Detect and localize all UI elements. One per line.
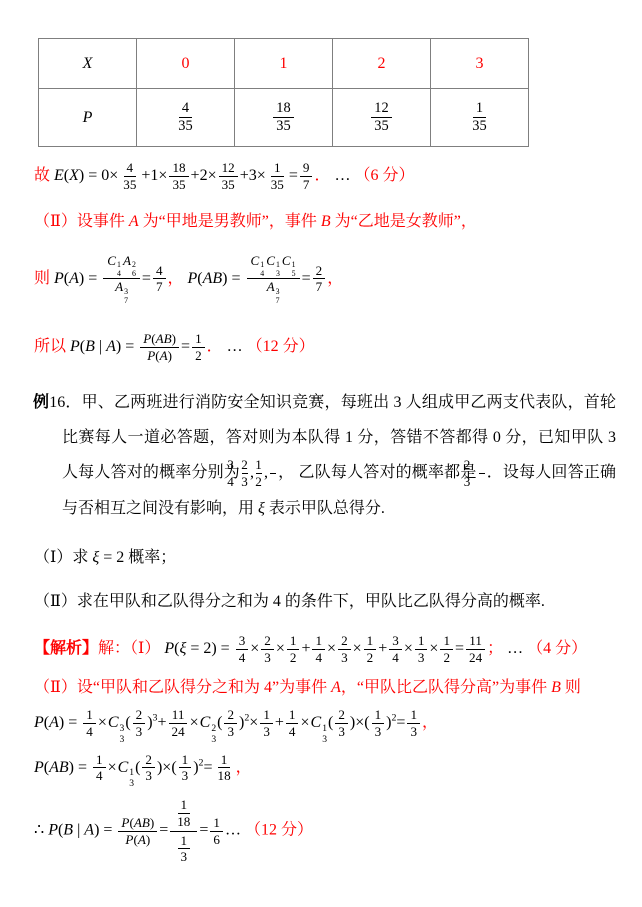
fraction-denominator: 3 <box>133 724 146 740</box>
text-run: = 2 概率； <box>99 549 176 566</box>
text-run: P <box>34 714 44 731</box>
text-run: ) = <box>69 759 91 776</box>
fraction-numerator: 2 <box>313 263 326 280</box>
fraction-numerator: P(AB) <box>118 815 157 832</box>
text-run: （12 分） <box>245 822 313 839</box>
fraction-denominator: 3 <box>178 849 191 865</box>
fraction-numerator: 2 <box>224 707 237 724</box>
fraction-numerator: 1 <box>473 100 486 118</box>
superscript: 2 <box>132 260 136 269</box>
text-run: ( <box>135 759 140 776</box>
fraction: 23 <box>133 707 146 740</box>
text-run: 为“乙地是女教师”， <box>331 213 477 230</box>
fraction: 13 <box>179 752 192 785</box>
text-run: ( <box>328 714 333 731</box>
fraction-numerator: 1 <box>312 633 325 650</box>
superscript: 1 <box>292 260 296 269</box>
fraction-denominator: 35 <box>469 118 489 135</box>
fraction-denominator: 3 <box>224 724 237 740</box>
fraction-numerator: 1 <box>218 752 231 769</box>
fraction-denominator: 35 <box>273 118 293 135</box>
text-run: ) <box>146 832 150 847</box>
fraction-denominator: 35 <box>169 177 188 193</box>
comb-base: C <box>266 253 275 268</box>
fraction: 12 <box>192 331 205 364</box>
text-run: ) = <box>59 714 81 731</box>
text-run: （Ⅱ）求在甲队和乙队得分之和为 4 的条件下，甲队比乙队得分高的概率. <box>34 593 545 610</box>
block-eq-ex: 故 E(X) = 0×435+1×1835+2×1235+3×135=97． …… <box>34 159 616 194</box>
fraction-denominator: 35 <box>175 118 195 135</box>
text-run: X <box>69 167 79 184</box>
text-run: × <box>276 640 285 657</box>
text-run: （Ⅱ）设事件 <box>34 213 129 230</box>
fraction-denominator: 7 <box>300 177 313 193</box>
text-run: ( <box>125 714 130 731</box>
fraction-numerator: 1 <box>178 833 191 850</box>
text-run: ) = <box>79 270 101 287</box>
text-run: × <box>98 714 107 731</box>
document-content: 故 E(X) = 0×435+1×1835+2×1235+3×135=97． …… <box>0 159 642 867</box>
table-header-p: P <box>39 89 137 147</box>
fraction: 23 <box>224 707 237 740</box>
fraction-denominator: 3 <box>179 768 192 784</box>
fraction-numerator: 1 <box>260 707 273 724</box>
text-run: ，“甲队比乙队得分高”为事件 <box>341 679 551 696</box>
text-run: + <box>157 714 166 731</box>
block-q2: （Ⅱ）求在甲队和乙队得分之和为 4 的条件下，甲队比乙队得分高的概率. <box>34 592 616 612</box>
comb-scripts: 14 <box>260 260 264 278</box>
text-run: , <box>250 464 254 481</box>
fraction-denominator: 7 <box>153 279 166 295</box>
fraction: 23 <box>479 457 485 490</box>
text-run: ． <box>314 167 330 184</box>
subscript: 7 <box>276 296 280 305</box>
table-cell-p-value: 1235 <box>333 89 431 147</box>
comb-scripts: 13 <box>276 260 280 278</box>
text-run: … <box>503 640 527 657</box>
subscript: 6 <box>132 269 136 278</box>
comb-base: C <box>118 759 129 776</box>
comb-symbol: C23 <box>200 713 216 744</box>
block-eq-pa2: P(A) = 14×C33(23)3+1124×C23(23)2×13+14×C… <box>34 706 616 744</box>
fraction: P(AB)P(A) <box>118 815 157 848</box>
text-run: A <box>84 822 94 839</box>
text-run: = <box>199 822 208 839</box>
text-run: A <box>106 338 116 355</box>
fraction: 135 <box>268 160 287 193</box>
fraction-numerator: 1 <box>287 633 300 650</box>
subscript: 3 <box>322 734 327 745</box>
text-run: P <box>164 640 174 657</box>
text-run: +3× <box>240 167 266 184</box>
fraction-denominator: 4 <box>312 650 325 666</box>
text-run: 则 <box>561 679 581 696</box>
fraction-denominator: P(A) <box>122 832 153 848</box>
fraction: 16 <box>210 815 223 848</box>
fraction: 1835 <box>169 160 188 193</box>
fraction: 34 <box>236 633 249 666</box>
text-run: 解：（Ⅰ） <box>98 640 164 657</box>
document-page: X0123P43518351235135 故 E(X) = 0×435+1×18… <box>0 0 642 907</box>
fraction: 97 <box>300 160 313 193</box>
fraction-denominator: 18 <box>215 768 234 784</box>
text-run: = <box>455 640 464 657</box>
subscript: 3 <box>120 734 125 745</box>
subscript: 7 <box>124 296 128 305</box>
text-run: ) <box>150 815 154 830</box>
text-run: B <box>63 822 73 839</box>
fraction-denominator: A37 <box>263 279 284 305</box>
text-run: （6 分） <box>354 167 414 184</box>
comb-symbol: A37 <box>267 279 280 305</box>
fraction-denominator: 2 <box>192 348 205 364</box>
comb-symbol: A37 <box>115 279 128 305</box>
fraction: 435 <box>175 100 195 136</box>
text-run: = <box>302 270 311 287</box>
block-sol-line1: 【解析】解：（Ⅰ） P(ξ = 2) = 34×23×12+14×23×12+3… <box>34 632 616 667</box>
fraction: 1124 <box>466 633 485 666</box>
text-run: 则 <box>34 270 54 287</box>
text-run: ， 乙队每人答对的概率都是 <box>278 464 477 481</box>
fraction-numerator: 1 <box>364 633 377 650</box>
subscript: 3 <box>276 269 280 278</box>
fraction: 34 <box>389 633 402 666</box>
fraction: 118 <box>215 752 234 785</box>
text-run: +1× <box>141 167 167 184</box>
fraction-numerator: P(AB) <box>140 331 179 348</box>
text-run: ) <box>172 331 176 346</box>
comb-symbol: C33 <box>108 713 124 744</box>
fraction-numerator: C14C13C15 <box>247 253 300 280</box>
fraction-numerator: 1 <box>271 160 284 177</box>
text-run: 所以 <box>34 338 70 355</box>
fraction-denominator: 3 <box>260 724 273 740</box>
table-cell-x-value: 1 <box>235 39 333 89</box>
comb-scripts: 26 <box>132 260 136 278</box>
text-run: P <box>188 270 198 287</box>
text-run: （4 分） <box>527 640 587 657</box>
text-run: AB <box>49 759 69 776</box>
comb-scripts: 37 <box>124 287 128 305</box>
fraction-numerator: 18 <box>169 160 188 177</box>
block-eq-pab2: P(AB) = 14×C13(23)×(13)2=118， <box>34 751 616 789</box>
fraction: 23 <box>335 707 348 740</box>
superscript: 3 <box>276 287 280 296</box>
text-run: × <box>429 640 438 657</box>
comb-symbol: C13 <box>311 713 327 744</box>
fraction: 118 <box>174 797 193 830</box>
fraction: 12 <box>440 633 453 666</box>
fraction-denominator: 4 <box>83 724 96 740</box>
fraction-denominator: 35 <box>371 118 391 135</box>
comb-symbol: C15 <box>282 253 296 279</box>
fraction: 13 <box>407 707 420 740</box>
fraction-numerator: 3 <box>389 633 402 650</box>
superscript: 3 <box>120 723 125 734</box>
comb-base: A <box>267 279 275 294</box>
block-part2-setup: （Ⅱ）设事件 A 为“甲地是男教师”，事件 B 为“乙地是女教师”， <box>34 212 616 232</box>
text-run: ξ <box>258 500 265 517</box>
fraction-numerator: 1 <box>83 707 96 724</box>
comb-symbol: A26 <box>123 253 136 279</box>
text-run: = <box>396 714 405 731</box>
text-run: A <box>69 270 79 287</box>
fraction: 23 <box>261 633 274 666</box>
fraction-denominator: 35 <box>268 177 287 193</box>
text-run: = <box>204 759 213 776</box>
text-run: （Ⅱ）设“甲队和乙队得分之和为 4”为事件 <box>34 679 331 696</box>
fraction: 1835 <box>273 100 293 136</box>
subscript: 3 <box>211 734 216 745</box>
text-run: A <box>49 714 59 731</box>
fraction-numerator: C14A26 <box>103 253 140 280</box>
block-sol-part2: （Ⅱ）设“甲队和乙队得分之和为 4”为事件 A，“甲队比乙队得分高”为事件 B … <box>34 678 616 698</box>
table-cell-p-value: 135 <box>431 89 529 147</box>
fraction-denominator: 2 <box>287 650 300 666</box>
text-run: , <box>264 464 268 481</box>
subscript: 4 <box>260 269 264 278</box>
comb-scripts: 13 <box>129 767 134 789</box>
text-run: 故 <box>34 167 54 184</box>
fraction-numerator: 1 <box>415 633 428 650</box>
text-run: 表示甲队总得分. <box>265 500 385 517</box>
text-run: × <box>404 640 413 657</box>
fraction-denominator: 35 <box>120 177 139 193</box>
text-run: ) = <box>116 338 138 355</box>
fraction-denominator: 2 <box>270 474 276 490</box>
fraction: 1124 <box>169 707 188 740</box>
text-run: )×( <box>350 714 370 731</box>
text-run: ， <box>168 270 184 287</box>
text-run: AB <box>156 331 172 346</box>
fraction-numerator: 1 <box>286 707 299 724</box>
text-run: ) = <box>94 822 116 839</box>
fraction-denominator: 3 <box>142 768 155 784</box>
superscript: 1 <box>260 260 264 269</box>
fraction-denominator: 3 <box>479 474 485 490</box>
block-q1: （Ⅰ）求 ξ = 2 概率； <box>34 548 616 568</box>
fraction: 14 <box>286 707 299 740</box>
table-cell-x-value: 2 <box>333 39 431 89</box>
superscript: 2 <box>211 723 216 734</box>
superscript: 1 <box>322 723 327 734</box>
text-run: = 2) = <box>186 640 233 657</box>
text-run: （12 分） <box>247 338 315 355</box>
fraction-denominator: 6 <box>210 832 223 848</box>
text-run: P <box>54 270 64 287</box>
text-run: +2× <box>191 167 217 184</box>
fraction-denominator: 2 <box>440 650 453 666</box>
text-run: × <box>190 714 199 731</box>
fraction: 12 <box>270 457 276 490</box>
fraction-numerator: 1 <box>179 752 192 769</box>
fraction-numerator: 4 <box>179 100 192 118</box>
subscript: 5 <box>292 269 296 278</box>
variable-row: X0123 <box>39 39 529 89</box>
fraction-numerator: 1 <box>407 707 420 724</box>
fraction-numerator: 2 <box>479 457 485 474</box>
fraction: 13 <box>260 707 273 740</box>
fraction-numerator: 2 <box>142 752 155 769</box>
fraction-numerator: 1 <box>210 815 223 832</box>
text-run: × <box>300 714 309 731</box>
fraction-numerator: 9 <box>300 160 313 177</box>
fraction-numerator: 11 <box>169 707 188 724</box>
fraction-numerator: 4 <box>153 263 166 280</box>
fraction-denominator: 24 <box>466 650 485 666</box>
fraction: 13 <box>372 707 385 740</box>
fraction-numerator: 1 <box>270 457 276 474</box>
text-run: = <box>142 270 151 287</box>
text-run: × <box>249 714 258 731</box>
fraction: 14 <box>93 752 106 785</box>
comb-scripts: 15 <box>292 260 296 278</box>
block-prob16: 例16．甲、乙两班进行消防安全知识竞赛，每班出 3 人组成甲乙两支代表队，首轮比… <box>33 385 616 526</box>
comb-base: C <box>108 714 119 731</box>
text-run: B <box>551 679 561 696</box>
fraction-denominator: 7 <box>313 279 326 295</box>
fraction: 47 <box>153 263 166 296</box>
text-run: × <box>327 640 336 657</box>
probability-row: P43518351235135 <box>39 89 529 147</box>
comb-base: C <box>107 253 116 268</box>
fraction-numerator: 2 <box>261 633 274 650</box>
fraction: 435 <box>120 160 139 193</box>
fraction: 11813 <box>170 796 197 866</box>
text-run: ； <box>487 640 503 657</box>
fraction-denominator: 4 <box>236 650 249 666</box>
text-run: B <box>85 338 95 355</box>
fraction-numerator: 18 <box>273 100 293 118</box>
text-run: B <box>321 213 331 230</box>
fraction-numerator: 2 <box>335 707 348 724</box>
fraction-numerator: 1 <box>93 752 106 769</box>
comb-scripts: 14 <box>117 260 121 278</box>
fraction-denominator: A37 <box>111 279 132 305</box>
superscript: 1 <box>129 767 134 778</box>
text-run: | <box>73 822 84 839</box>
fraction-numerator: 12 <box>219 160 238 177</box>
text-run: × <box>250 640 259 657</box>
text-run: AB <box>203 270 223 287</box>
text-run: | <box>95 338 106 355</box>
table-cell-x-value: 0 <box>137 39 235 89</box>
fraction-denominator: 24 <box>169 724 188 740</box>
comb-base: A <box>123 253 131 268</box>
text-run: ) <box>168 348 172 363</box>
comb-scripts: 33 <box>120 723 125 745</box>
comb-scripts: 37 <box>276 287 280 305</box>
comb-base: C <box>311 714 322 731</box>
fraction: 13 <box>178 833 191 866</box>
text-run: = <box>159 822 168 839</box>
comb-base: C <box>251 253 260 268</box>
text-run: P <box>70 338 80 355</box>
text-run: A <box>160 348 168 363</box>
fraction-denominator: 13 <box>174 832 195 867</box>
text-run: ， <box>327 270 343 287</box>
table-header-x: X <box>39 39 137 89</box>
fraction: 135 <box>469 100 489 136</box>
text-run: ( <box>217 714 222 731</box>
fraction-denominator: 3 <box>407 724 420 740</box>
fraction: 1235 <box>371 100 391 136</box>
fraction-numerator: 1 <box>178 797 191 814</box>
table-cell-p-value: 435 <box>137 89 235 147</box>
text-run: … <box>223 338 247 355</box>
fraction-denominator: 3 <box>335 724 348 740</box>
fraction-numerator: 1 <box>440 633 453 650</box>
block-eq-final: ∴ P(B | A) = P(AB)P(A)=11813=16… （12 分） <box>34 795 616 867</box>
fraction: 23 <box>338 633 351 666</box>
comb-scripts: 13 <box>322 723 327 745</box>
fraction-numerator: 12 <box>371 100 391 118</box>
superscript: 1 <box>117 260 121 269</box>
text-run: ) = <box>222 270 244 287</box>
fraction-numerator: 1 <box>192 331 205 348</box>
fraction: P(AB)P(A) <box>140 331 179 364</box>
text-run: A <box>138 832 146 847</box>
comb-symbol: C13 <box>118 758 134 789</box>
text-run: )×( <box>157 759 177 776</box>
text-run: … <box>225 822 245 839</box>
comb-base: C <box>282 253 291 268</box>
subscript: 3 <box>129 778 134 789</box>
table-cell-x-value: 3 <box>431 39 529 89</box>
comb-base: A <box>115 279 123 294</box>
text-run: ) = 0× <box>79 167 118 184</box>
text-run: P <box>48 822 58 839</box>
fraction-denominator: 4 <box>389 650 402 666</box>
text-run: ， <box>236 759 252 776</box>
fraction-denominator: 35 <box>219 177 238 193</box>
fraction-denominator: 3 <box>261 650 274 666</box>
fraction-denominator: 4 <box>93 768 106 784</box>
block-eq-pa-pab: 则 P(A) = C14A26A37=47， P(AB) = C14C13C15… <box>34 252 616 307</box>
text-run: E <box>54 167 64 184</box>
text-run: 【解析】 <box>34 640 98 657</box>
text-run: = <box>181 338 190 355</box>
comb-symbol: C14 <box>107 253 121 279</box>
text-run: AB <box>134 815 150 830</box>
text-run: P <box>34 759 44 776</box>
fraction-numerator: 3 <box>236 633 249 650</box>
comb-symbol: C13 <box>266 253 280 279</box>
distribution-table: X0123P43518351235135 <box>38 38 529 147</box>
text-run: 例 <box>33 394 49 411</box>
fraction: C14A26A37 <box>103 253 140 306</box>
text-run: （Ⅰ）求 <box>34 549 92 566</box>
subscript: 4 <box>117 269 121 278</box>
fraction-denominator: P(A) <box>144 348 175 364</box>
fraction-numerator: 1 <box>372 707 385 724</box>
fraction-numerator: 118 <box>170 796 197 832</box>
fraction: C14C13C15A37 <box>247 253 300 306</box>
fraction: 14 <box>83 707 96 740</box>
comb-base: C <box>200 714 211 731</box>
superscript: 1 <box>276 260 280 269</box>
fraction-denominator: 18 <box>174 814 193 830</box>
text-run: × <box>353 640 362 657</box>
fraction: 23 <box>142 752 155 785</box>
fraction-denominator: 4 <box>286 724 299 740</box>
fraction: 1235 <box>219 160 238 193</box>
fraction-denominator: 3 <box>372 724 385 740</box>
fraction: 12 <box>364 633 377 666</box>
text-run: ， <box>422 714 438 731</box>
text-run: 为“甲地是男教师”，事件 <box>139 213 321 230</box>
text-run: + <box>378 640 387 657</box>
